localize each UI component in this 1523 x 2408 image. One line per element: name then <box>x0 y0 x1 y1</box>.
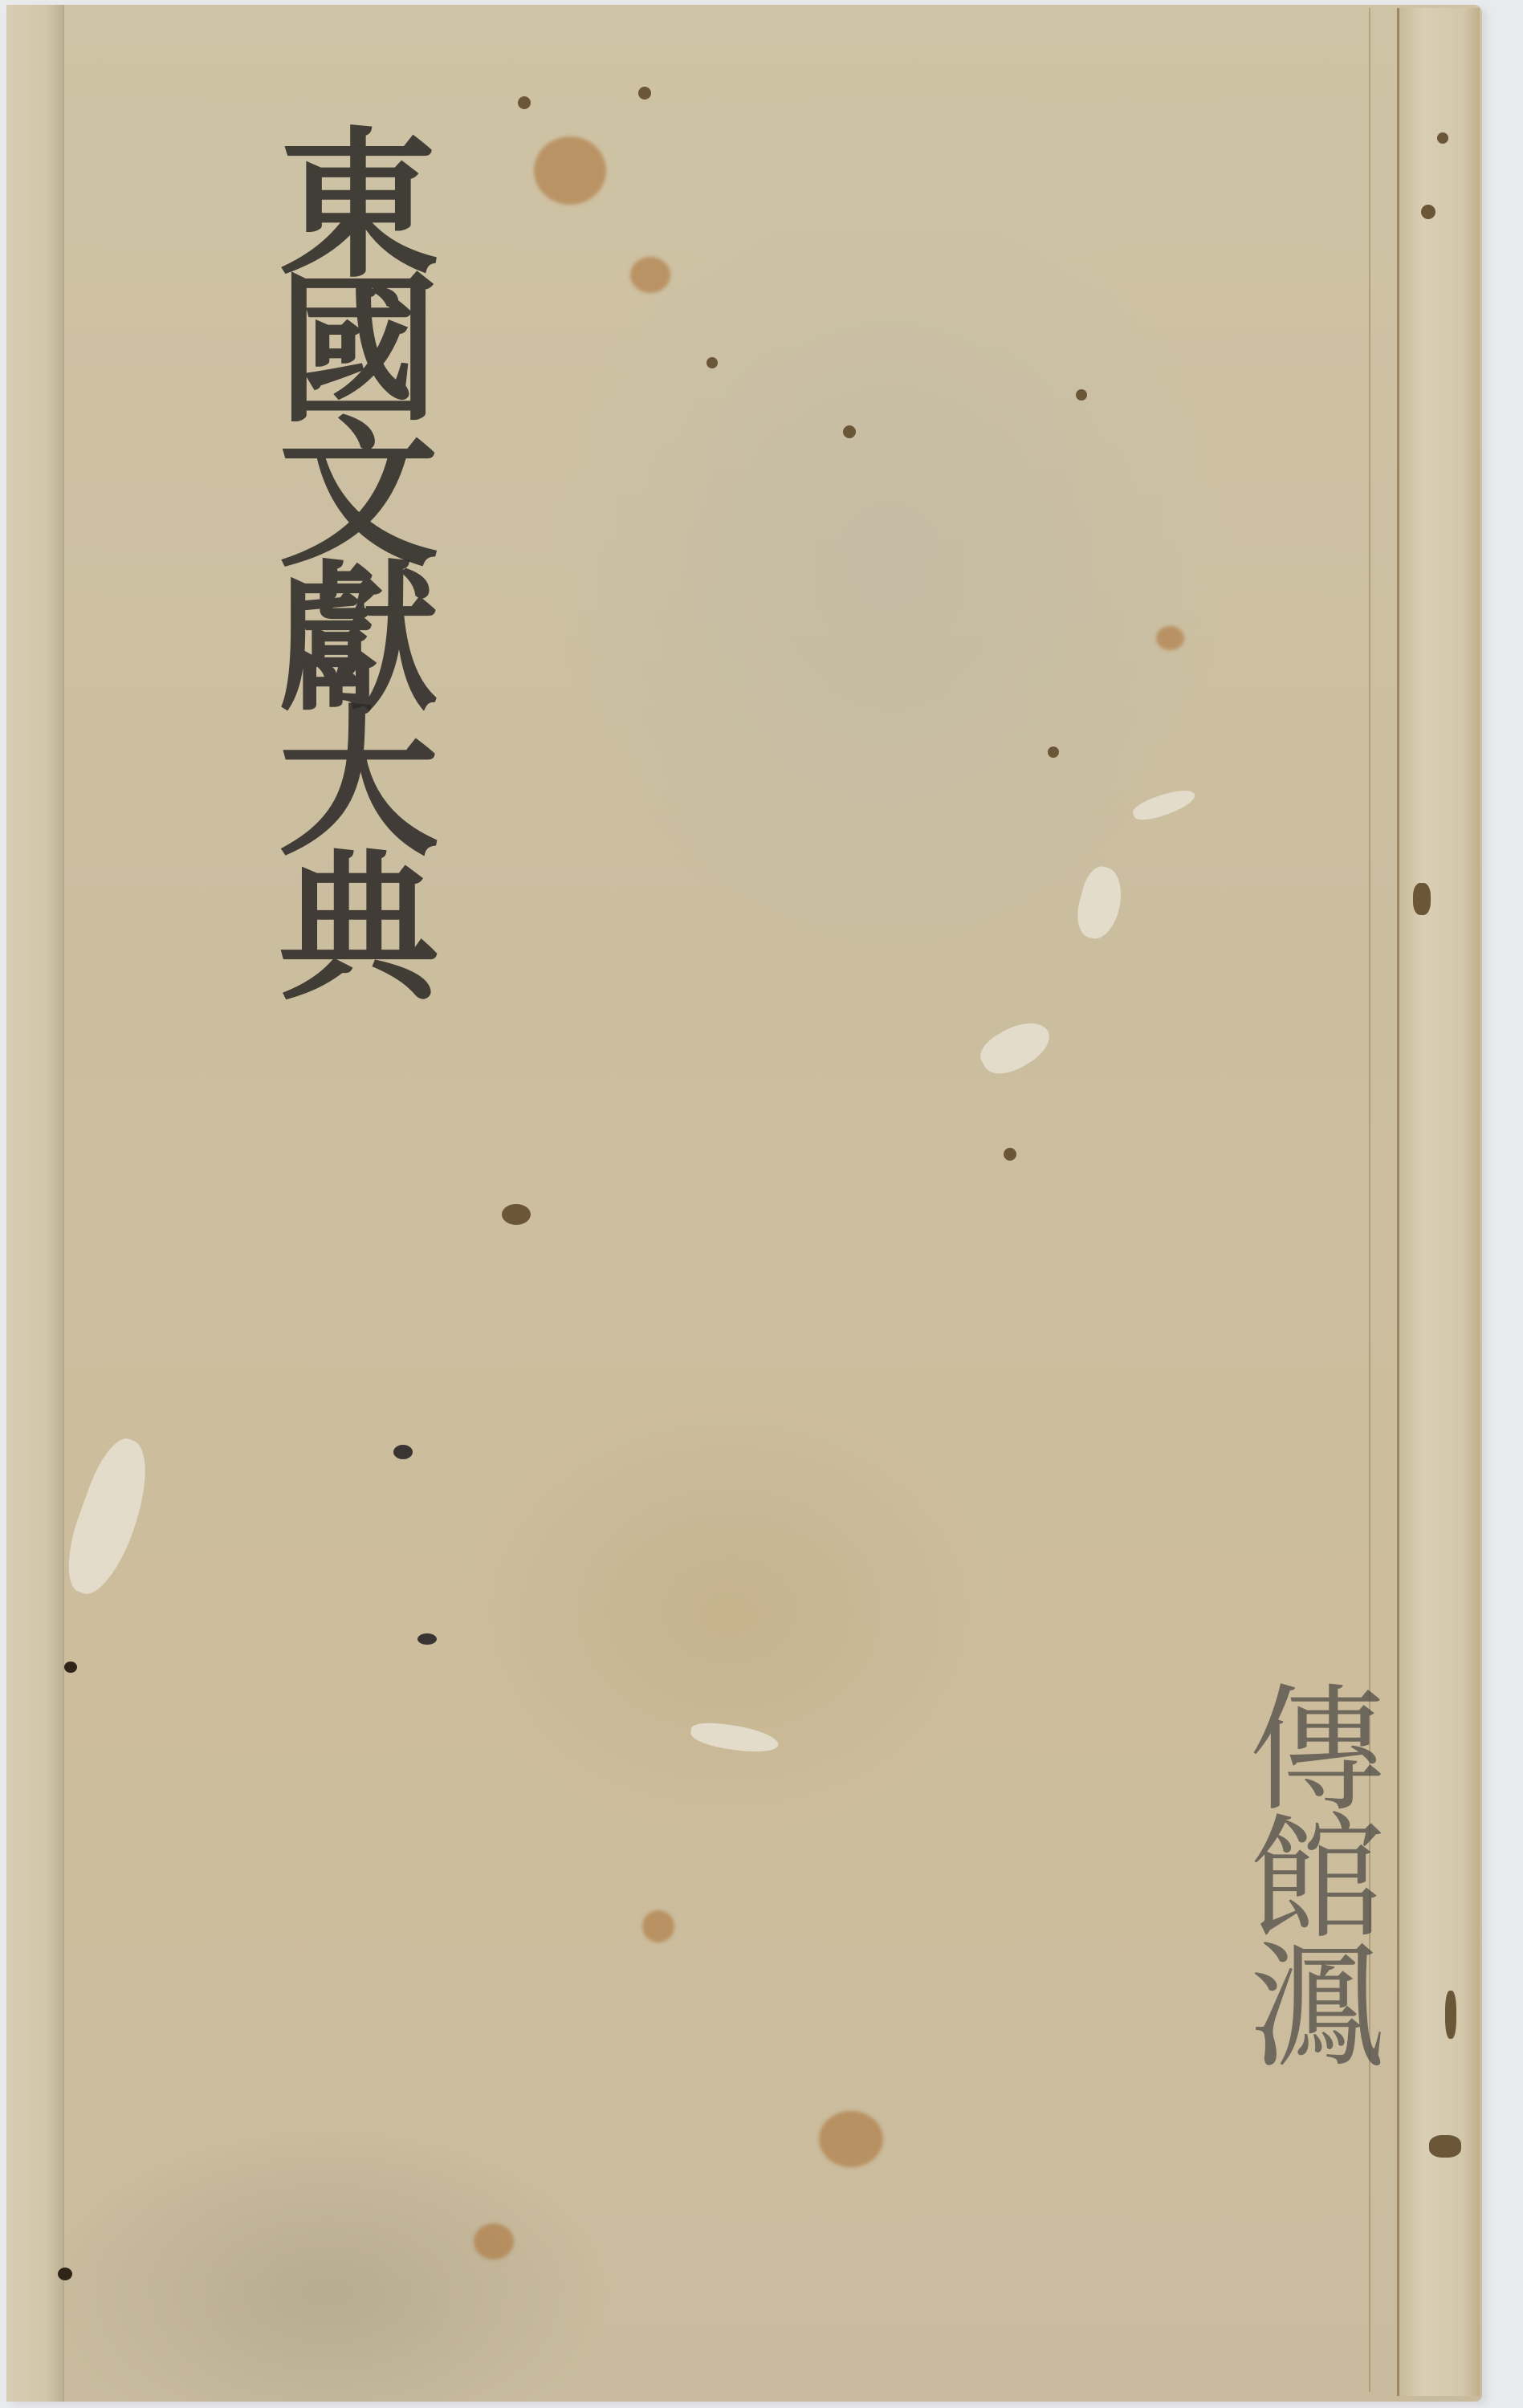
wormhole <box>1421 205 1435 219</box>
wormhole <box>1048 746 1059 758</box>
wormhole <box>638 87 651 100</box>
wormhole <box>843 425 856 438</box>
wormhole <box>1076 389 1087 401</box>
wormhole <box>393 1445 413 1459</box>
wormhole <box>1429 2135 1461 2158</box>
wormhole <box>417 1633 437 1645</box>
water-stain <box>819 2111 883 2167</box>
left-fold-edge <box>6 5 64 2402</box>
wormhole <box>502 1204 531 1225</box>
title-inscription: 東國文獻大典 <box>136 120 426 987</box>
wormhole <box>1437 132 1448 144</box>
binding-edge <box>1397 8 1480 2396</box>
wormhole <box>1004 1148 1016 1161</box>
wormhole <box>518 96 531 109</box>
wormhole <box>1445 1991 1456 2039</box>
wormhole <box>1413 883 1431 915</box>
water-stain <box>1156 626 1184 650</box>
owner-inscription: 傳館㵯 <box>1180 1678 1373 2063</box>
water-stain <box>534 136 606 205</box>
water-stain <box>474 2223 514 2260</box>
water-stain <box>630 257 670 293</box>
wormhole <box>707 357 718 368</box>
wormhole <box>58 2268 72 2280</box>
wormhole <box>64 1662 77 1673</box>
water-stain <box>642 1910 674 1942</box>
